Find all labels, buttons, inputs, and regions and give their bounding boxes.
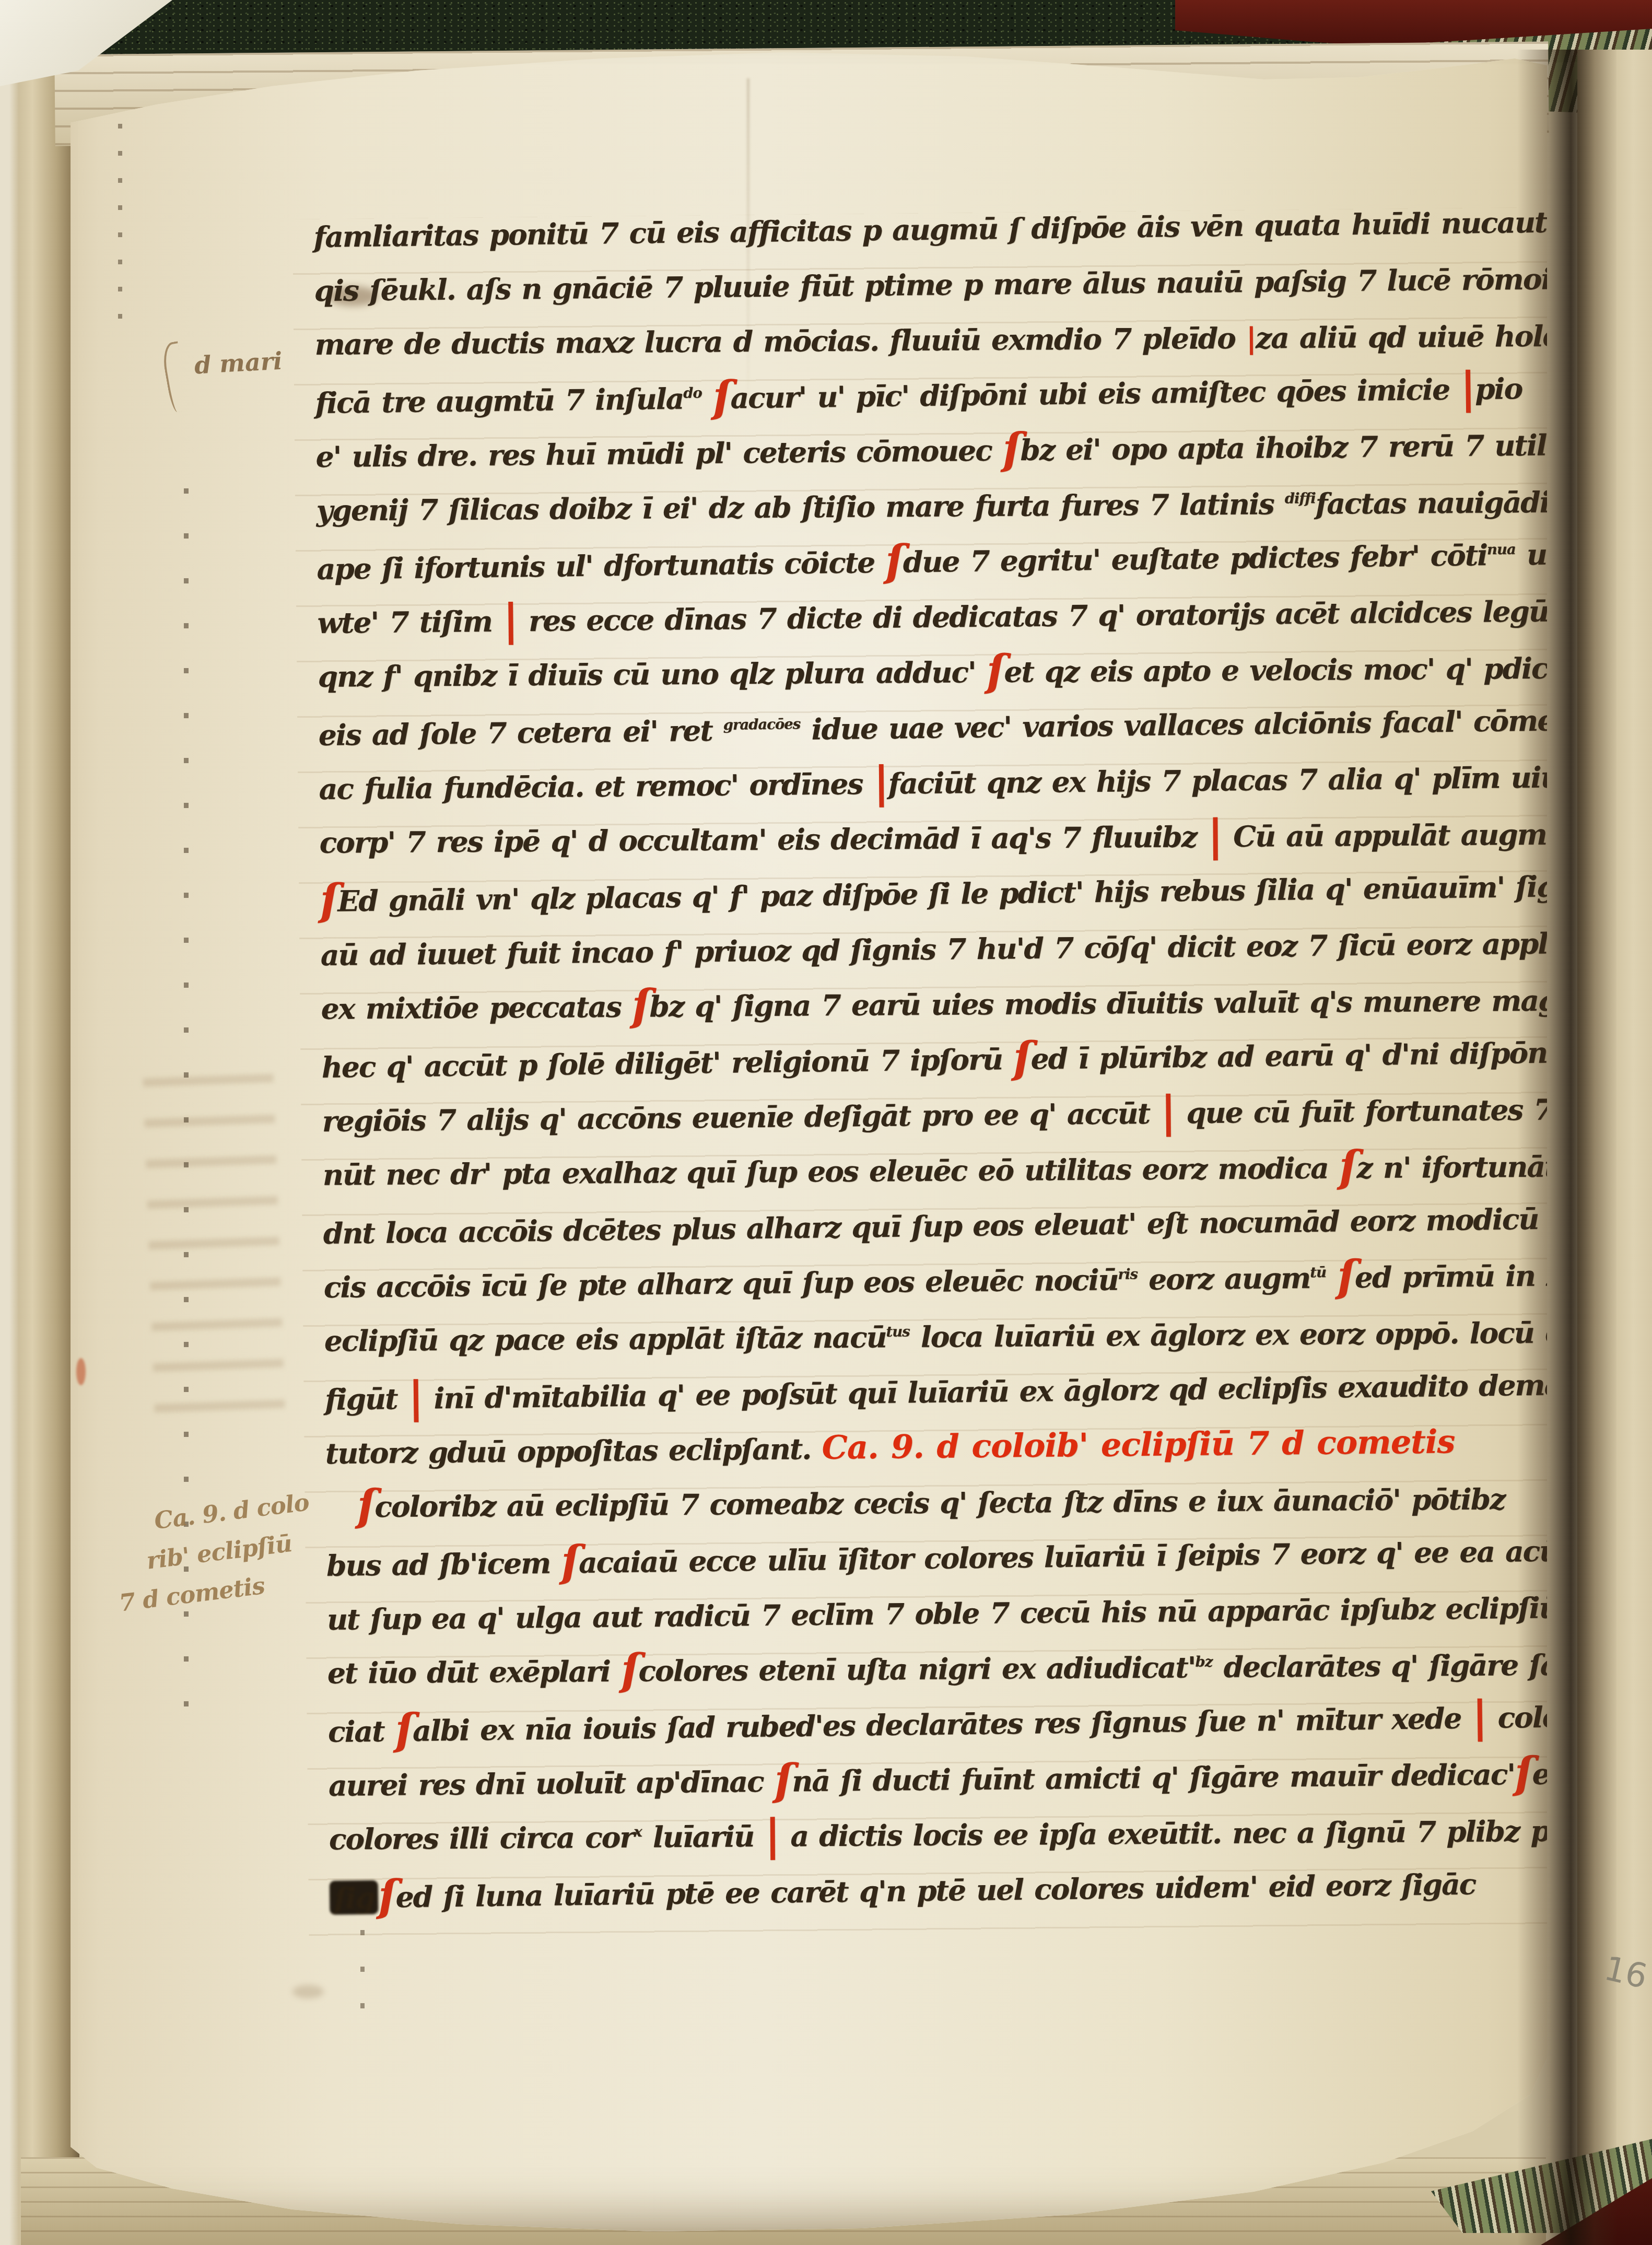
manuscript-text: luīariū xyxy=(642,1819,765,1854)
manuscript-text: e' ulis dre. res huī mūdi pl' ceteris cō… xyxy=(315,433,1003,474)
manuscript-text: ut ſup ea q' ulga aut radicū 7 eclīm 7 o… xyxy=(327,1588,1652,1636)
rubrication-mark: ſ xyxy=(1013,1033,1031,1083)
rubrication-mark: | xyxy=(873,757,888,808)
rubrication-mark: | xyxy=(502,595,518,645)
manuscript-text: gradacōes xyxy=(723,716,800,733)
parchment-stain xyxy=(292,1985,324,1998)
rubrication-mark: | xyxy=(1472,1692,1487,1742)
left-page-edges xyxy=(0,73,79,2245)
rubrication-mark: ſ xyxy=(621,1645,639,1695)
manuscript-text: qis ſēukl. aſs n gnāciē 7 pluuie fiūt pt… xyxy=(314,261,1608,308)
red-speck xyxy=(76,1358,86,1385)
rubrication-mark: | xyxy=(1460,363,1475,413)
manuscript-text: x xyxy=(634,1823,642,1840)
rubrication-mark: | xyxy=(408,1372,423,1422)
manuscript-text: eorz augm xyxy=(1138,1261,1310,1296)
manuscript-text: due 7 egritu' euſtate pdictes febr' cōti xyxy=(903,538,1487,579)
manuscript-text: et iūo dūt exēplari xyxy=(327,1654,621,1690)
rubrication-mark: ſ xyxy=(1002,424,1020,474)
manuscript-text: ciat xyxy=(328,1714,395,1749)
manuscript-text: ed ſi luna luīariū ptē ee carēt q'n ptē … xyxy=(395,1867,1475,1914)
manuscript-text: nua xyxy=(1487,541,1516,558)
manuscript-text: mare de ductis maxz lucra d mōcias. fluu… xyxy=(314,321,1246,361)
manuscript-text xyxy=(1326,1260,1338,1294)
rubrication-mark: ſ xyxy=(1339,1142,1357,1192)
rubric-heading: Ca. 9. d coloib' eclipſiū 7 d cometis xyxy=(822,1422,1455,1467)
rubrication-mark: ſ xyxy=(774,1755,792,1805)
manuscript-text: regiōis 7 alijs q' accōns euenīe deſigāt… xyxy=(322,1096,1161,1138)
manuscript-text: tutorz gduū oppoſitas eclipſant. xyxy=(325,1432,822,1470)
manuscript-text: acur' u' pīc' diſpōni ubi eis amiſtec qō… xyxy=(730,372,1460,415)
manuscript-page: d mari Ca. 9. d colo rib' eclipſiū 7 d c… xyxy=(0,0,1652,2245)
manuscript-text: ris xyxy=(1118,1266,1138,1282)
ink-blot: ſig xyxy=(330,1880,379,1915)
manuscript-text: nūt nec dr' pta exalhaz quī ſup eos eleu… xyxy=(323,1151,1340,1191)
manuscript-text: aurei res dnī uoluīt ap'dīnac xyxy=(329,1764,775,1803)
manuscript-text: ficā tre augmtū 7 inſula xyxy=(315,381,683,419)
manuscript-text: ex mixtiōe peccatas xyxy=(321,990,632,1026)
manuscript-text: eis ad ſole 7 cetera ei' ret xyxy=(318,714,723,752)
rubrication-mark: ſ xyxy=(632,980,650,1031)
manuscript-text: eclipſiū qz pace eis applāt iſtāz nacū xyxy=(324,1320,886,1358)
binding-gutter xyxy=(1517,50,1616,2245)
manuscript-text: cis accōis īcū ſe pte alharz quī ſup eos… xyxy=(324,1262,1118,1304)
manuscript-text: diffi xyxy=(1285,490,1316,507)
pricking-marks xyxy=(118,97,122,326)
rubrication-mark: | xyxy=(1208,810,1223,860)
manuscript-text: bz xyxy=(1195,1653,1212,1670)
rubrication-mark: ſ xyxy=(357,1481,375,1531)
rubrication-mark: | xyxy=(765,1810,780,1860)
manuscript-text xyxy=(701,381,713,415)
manuscript-text: tus xyxy=(886,1323,909,1340)
manuscript-text: wte' 7 tiſim xyxy=(317,604,503,640)
manuscript-text: qnz f' qnibz ī diuīs cū uno qlz plura ad… xyxy=(318,655,987,694)
manuscript-text: ygenij 7 ſilicas doibz ī ei' dz ab ſtiſi… xyxy=(316,487,1285,528)
manuscript-text: figūt xyxy=(325,1382,408,1417)
manuscript-text: famliaritas ponitū 7 cū eis afficitas p … xyxy=(313,204,1595,254)
manuscript-text: bus ad ſb'icem xyxy=(326,1546,561,1582)
rubrication-mark: ſ xyxy=(378,1871,396,1921)
manuscript-text: bz q' ſigna 7 earū uies modis dīuitis va… xyxy=(649,983,1652,1024)
manuscript-text: colores etenī uſta nigri ex adiudicat' xyxy=(638,1650,1195,1688)
manuscript-text: acaiaū ecce ulīu īſitor colores luīariū … xyxy=(579,1534,1572,1580)
manuscript-text: corp' 7 res ipē q' d occultam' eis decim… xyxy=(319,820,1208,860)
manuscript-text: hec q' accūt p ſolē diligēt' religionū 7… xyxy=(321,1042,1013,1084)
manuscript-text: colores illi circa cor xyxy=(329,1820,634,1856)
manuscript-text: coloribz aū eclipſiū 7 comeabz cecis q' … xyxy=(374,1482,1505,1524)
manuscript-text: ape ſi ifortunis ul' dfortunatis cōicte xyxy=(317,545,885,586)
manuscript-text: albi ex nīa iouis ſad rubed'es declarāte… xyxy=(413,1701,1472,1747)
rubrication-mark: ſ xyxy=(395,1704,413,1755)
manuscript-text: et qz eis apto e velocis moc' q' pdict' xyxy=(1004,651,1568,688)
rubrication-mark: ſ xyxy=(712,372,731,422)
rubrication-mark: ſ xyxy=(320,875,338,925)
manuscript-text: do xyxy=(683,384,702,401)
manuscript-text: dnt loca accōis dcētes plus alharz quī ſ… xyxy=(323,1202,1549,1250)
rubrication-mark: ſ xyxy=(1337,1252,1355,1302)
rubrication-mark: ſ xyxy=(987,646,1004,696)
rubrication-mark: ſ xyxy=(885,536,904,586)
manuscript-text: aū ad iuuet fuit incao f' priuoz qd ſign… xyxy=(320,926,1649,972)
manuscript-text: nā ſi ducti fuīnt amicti q' ſigāre mauīr… xyxy=(792,1757,1515,1798)
manuscript-text: res ecce dīnas 7 dicte di dedicatas 7 q'… xyxy=(518,593,1611,638)
text-block: famliaritas ponitū 7 cū eis afficitas p … xyxy=(313,196,1573,1924)
margin-note-chapter: Ca. 9. d colo rib' eclipſiū 7 d cometis xyxy=(108,1483,321,1622)
margin-note-de-mari: d mari xyxy=(194,347,283,380)
pricking-marks xyxy=(360,1930,365,2040)
manuscript-text: tū xyxy=(1310,1264,1326,1281)
manuscript-photo: d mari Ca. 9. d colo rib' eclipſiū 7 d c… xyxy=(0,0,1652,2245)
manuscript-text: Ed gnāli vn' qlz placas q' f' paz diſpōe… xyxy=(337,869,1601,918)
rubrication-mark: | xyxy=(1161,1087,1176,1137)
verso-showthrough xyxy=(143,1074,286,1423)
manuscript-text: idue uae vec' varios vallaces alciōnis f… xyxy=(800,703,1619,746)
manuscript-text: ac fulia fundēcia. et remoc' ordīnes xyxy=(319,767,873,806)
manuscript-text: inī d'mītabilia q' ee poſsūt quī luīariū… xyxy=(423,1367,1581,1416)
rubrication-mark: ſ xyxy=(561,1537,579,1587)
rubrication-mark: | xyxy=(1246,321,1256,355)
manuscript-text: pio xyxy=(1475,371,1522,406)
